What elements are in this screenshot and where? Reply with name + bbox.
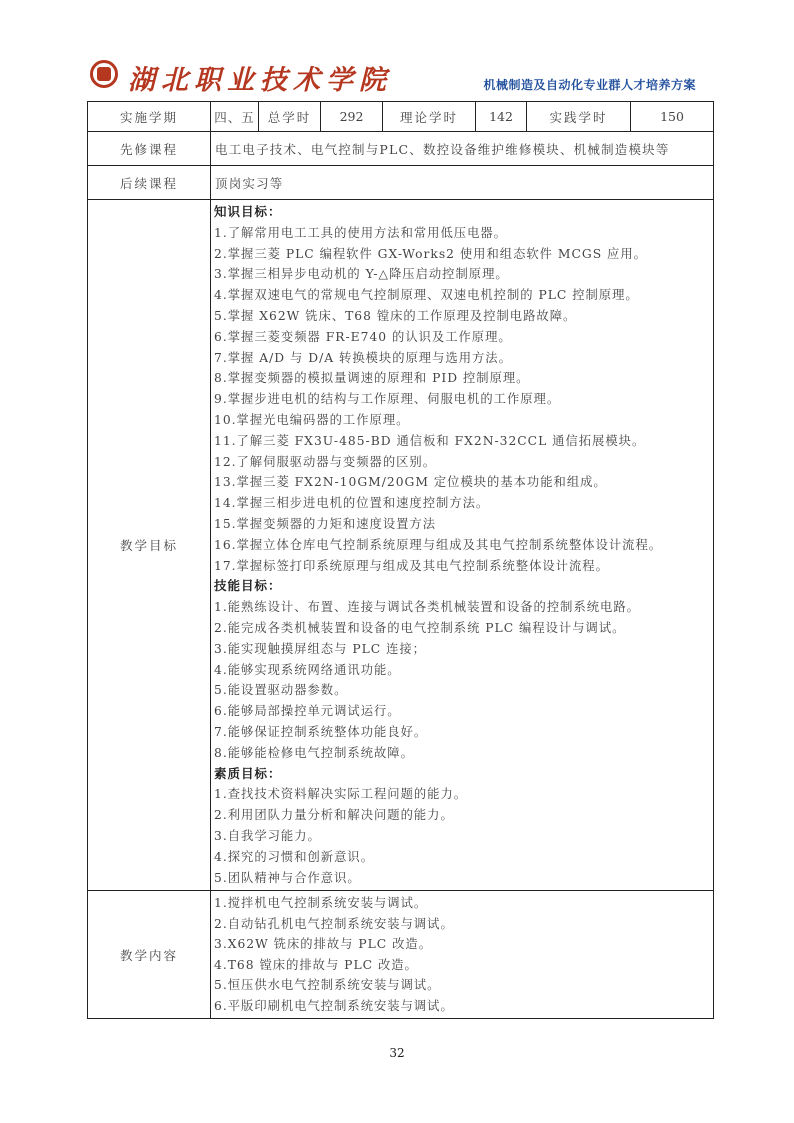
followup-label: 后续课程 <box>88 166 211 200</box>
skill-goal-item: 7.能够保证控制系统整体功能良好。 <box>214 722 709 743</box>
semester-value: 四、五 <box>211 102 259 132</box>
prerequisite-label: 先修课程 <box>88 132 211 166</box>
skill-goals-heading: 技能目标： <box>214 576 709 597</box>
page-header: 湖北职业技术学院 机械制造及自动化专业群人才培养方案 <box>88 56 714 98</box>
skill-goal-item: 8.能够能检修电气控制系统故障。 <box>214 743 709 764</box>
teaching-content-item: 1.搅拌机电气控制系统安装与调试。 <box>214 893 709 914</box>
knowledge-goal-item: 12.了解伺服驱动器与变频器的区别。 <box>214 452 709 473</box>
skill-goal-item: 6.能够局部操控单元调试运行。 <box>214 701 709 722</box>
teaching-content-item: 2.自动钻孔机电气控制系统安装与调试。 <box>214 914 709 935</box>
teaching-goals-content: 知识目标： 1.了解常用电工工具的使用方法和常用低压电器。 2.掌握三菱 PLC… <box>211 200 714 891</box>
teaching-content-list: 1.搅拌机电气控制系统安装与调试。 2.自动钻孔机电气控制系统安装与调试。 3.… <box>211 891 714 1019</box>
knowledge-goal-item: 13.掌握三菱 FX2N-10GM/20GM 定位模块的基本功能和组成。 <box>214 472 709 493</box>
teaching-content-item: 5.恒压供水电气控制系统安装与调试。 <box>214 975 709 996</box>
prerequisite-value: 电工电子技术、电气控制与PLC、数控设备维护维修模块、机械制造模块等 <box>211 132 714 166</box>
knowledge-goal-item: 10.掌握光电编码器的工作原理。 <box>214 410 709 431</box>
teaching-content-label: 教学内容 <box>88 891 211 1019</box>
page-number: 32 <box>0 1046 794 1060</box>
theory-hours-value: 142 <box>476 102 527 132</box>
knowledge-goal-item: 2.掌握三菱 PLC 编程软件 GX-Works2 使用和组态软件 MCGS 应… <box>214 244 709 265</box>
knowledge-goal-item: 17.掌握标签打印系统原理与组成及其电气控制系统整体设计流程。 <box>214 556 709 577</box>
skill-goal-item: 5.能设置驱动器参数。 <box>214 680 709 701</box>
knowledge-goal-item: 4.掌握双速电气的常规电气控制原理、双速电机控制的 PLC 控制原理。 <box>214 285 709 306</box>
followup-row: 后续课程 顶岗实习等 <box>88 166 714 200</box>
knowledge-goal-item: 15.掌握变频器的力矩和速度设置方法 <box>214 514 709 535</box>
teaching-content-item: 6.平版印刷机电气控制系统安装与调试。 <box>214 996 709 1017</box>
knowledge-goal-item: 7.掌握 A/D 与 D/A 转换模块的原理与选用方法。 <box>214 348 709 369</box>
teaching-goals-label: 教学目标 <box>88 200 211 891</box>
prerequisite-row: 先修课程 电工电子技术、电气控制与PLC、数控设备维护维修模块、机械制造模块等 <box>88 132 714 166</box>
skill-goal-item: 1.能熟练设计、布置、连接与调试各类机械装置和设备的控制系统电路。 <box>214 597 709 618</box>
total-hours-label: 总学时 <box>259 102 321 132</box>
knowledge-goal-item: 9.掌握步进电机的结构与工作原理、伺服电机的工作原理。 <box>214 389 709 410</box>
school-emblem-icon <box>90 60 118 88</box>
quality-goal-item: 5.团队精神与合作意识。 <box>214 868 709 889</box>
knowledge-goal-item: 16.掌握立体仓库电气控制系统原理与组成及其电气控制系统整体设计流程。 <box>214 535 709 556</box>
knowledge-goal-item: 3.掌握三相异步电动机的 Y-△降压启动控制原理。 <box>214 264 709 285</box>
knowledge-goal-item: 5.掌握 X62W 铣床、T68 镗床的工作原理及控制电路故障。 <box>214 306 709 327</box>
skill-goal-item: 2.能完成各类机械装置和设备的电气控制系统 PLC 编程设计与调试。 <box>214 618 709 639</box>
knowledge-goals-heading: 知识目标： <box>214 202 709 223</box>
practice-hours-value: 150 <box>631 102 714 132</box>
knowledge-goal-item: 1.了解常用电工工具的使用方法和常用低压电器。 <box>214 223 709 244</box>
skill-goal-item: 3.能实现触摸屏组态与 PLC 连接； <box>214 639 709 660</box>
knowledge-goal-item: 11.了解三菱 FX3U-485-BD 通信板和 FX2N-32CCL 通信拓展… <box>214 431 709 452</box>
school-name: 湖北职业技术学院 <box>128 58 392 97</box>
knowledge-goal-item: 8.掌握变频器的模拟量调速的原理和 PID 控制原理。 <box>214 368 709 389</box>
semester-label: 实施学期 <box>88 102 211 132</box>
teaching-content-item: 4.T68 镗床的排故与 PLC 改造。 <box>214 955 709 976</box>
knowledge-goal-item: 6.掌握三菱变频器 FR-E740 的认识及工作原理。 <box>214 327 709 348</box>
knowledge-goal-item: 14.掌握三相步进电机的位置和速度控制方法。 <box>214 493 709 514</box>
hours-row: 实施学期 四、五 总学时 292 理论学时 142 实践学时 150 <box>88 102 714 132</box>
plan-title: 机械制造及自动化专业群人才培养方案 <box>483 76 696 93</box>
practice-hours-label: 实践学时 <box>527 102 631 132</box>
total-hours-value: 292 <box>321 102 383 132</box>
followup-value: 顶岗实习等 <box>211 166 714 200</box>
skill-goal-item: 4.能够实现系统网络通讯功能。 <box>214 660 709 681</box>
teaching-content-item: 3.X62W 铣床的排故与 PLC 改造。 <box>214 934 709 955</box>
theory-hours-label: 理论学时 <box>383 102 476 132</box>
teaching-content-row: 教学内容 1.搅拌机电气控制系统安装与调试。 2.自动钻孔机电气控制系统安装与调… <box>88 891 714 1019</box>
teaching-goals-row: 教学目标 知识目标： 1.了解常用电工工具的使用方法和常用低压电器。 2.掌握三… <box>88 200 714 891</box>
quality-goal-item: 4.探究的习惯和创新意识。 <box>214 847 709 868</box>
quality-goal-item: 1.查找技术资料解决实际工程问题的能力。 <box>214 784 709 805</box>
quality-goals-heading: 素质目标： <box>214 764 709 785</box>
quality-goal-item: 3.自我学习能力。 <box>214 826 709 847</box>
course-info-table: 实施学期 四、五 总学时 292 理论学时 142 实践学时 150 先修课程 … <box>87 101 714 1019</box>
quality-goal-item: 2.利用团队力量分析和解决问题的能力。 <box>214 805 709 826</box>
